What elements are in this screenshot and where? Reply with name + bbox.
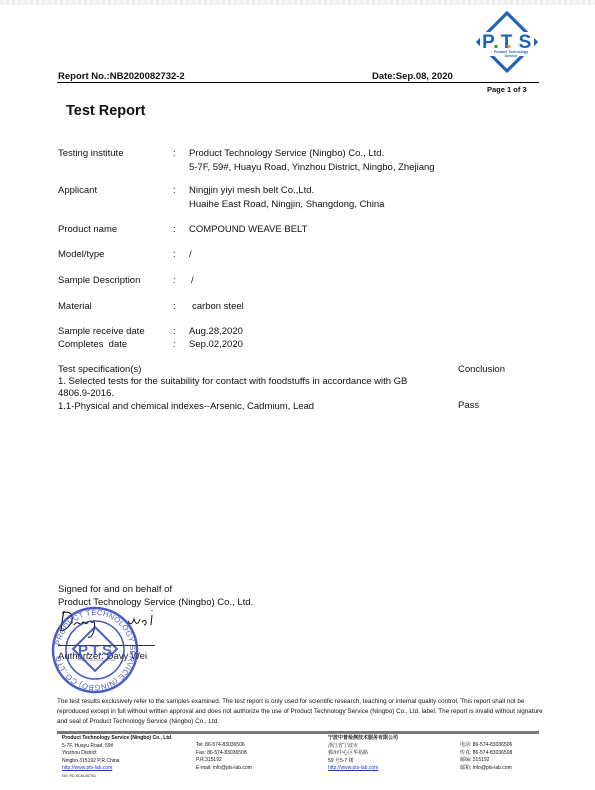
signoff-line: Signed for and on behalf of	[58, 583, 253, 596]
spec-heading: Test specification(s)	[58, 364, 141, 376]
field-value: Product Technology Service (Ningbo) Co.,…	[189, 147, 435, 175]
field-value-line: Product Technology Service (Ningbo) Co.,…	[189, 147, 435, 161]
spec-line: 1. Selected tests for the suitability fo…	[58, 376, 407, 388]
header-divider	[57, 82, 539, 83]
footer-email-cn[interactable]: 邮箱: info@pts-lab.com	[460, 765, 512, 771]
field-value: Sep.02,2020	[189, 338, 243, 352]
pts-logo-icon: P T S Product Technology Service	[474, 10, 540, 76]
field-colon: :	[173, 223, 176, 237]
footer-postal: P.R.315192	[196, 757, 252, 765]
field-value-line: Ningjin yiyi mesh belt Co.,Ltd.	[189, 184, 384, 198]
svg-text:Product Technology Service: Product Technology Service	[78, 658, 115, 662]
field-value: Aug.28,2020	[189, 325, 243, 339]
field-label: Applicant	[58, 184, 97, 198]
footer-website-link-en[interactable]: http://www.pts-lab.com	[62, 765, 112, 771]
spec-item-result: Pass	[458, 400, 479, 412]
company-seal-stamp: PRODUCT TECHNOLOGY SERVICE (NINGBO) CO.,…	[50, 605, 140, 695]
field-colon: :	[173, 325, 176, 339]
field-value: /	[191, 274, 194, 288]
field-colon: :	[173, 300, 176, 314]
spec-item: 1.1-Physical and chemical indexes--Arsen…	[58, 401, 314, 413]
footer-doc-number: NO: RD-SCM-007/01	[62, 773, 172, 781]
footer-addr-line: Yinzhou District	[62, 750, 172, 758]
field-colon: :	[173, 274, 176, 288]
page-title: Test Report	[66, 103, 146, 119]
field-value-line: Huaihe East Road, Ningjin, Shangdong, Ch…	[189, 198, 384, 212]
field-value: carbon steel	[192, 300, 244, 314]
footer-addr-line: Ningbo 315192 P.R.China	[62, 758, 172, 766]
footer-tel-cn: 电话: 86-574-83036506	[460, 742, 512, 750]
field-value: Ningjin yiyi mesh belt Co.,Ltd. Huaihe E…	[189, 184, 384, 212]
page-top-edge	[0, 0, 595, 5]
footer-company-cn: 宁波中普检测技术服务有限公司	[328, 735, 398, 743]
field-label: Product name	[58, 223, 117, 237]
footer-en-contact: Tel: 86-574-83036506 Fax: 86-574-8303650…	[196, 742, 252, 772]
footer-website-link-cn[interactable]: http://www.pts-lab.com	[328, 765, 378, 771]
report-number: Report No.:NB2020082732-2	[58, 71, 185, 82]
field-colon: :	[173, 184, 176, 198]
field-value: /	[189, 248, 192, 262]
disclaimer-text: The test results exclusively refer to th…	[57, 697, 544, 727]
footer-tel: Tel: 86-574-83036506	[196, 742, 252, 750]
spec-line: 4806.9-2016.	[58, 388, 114, 400]
conclusion-heading: Conclusion	[458, 364, 505, 376]
field-value: COMPOUND WEAVE BELT	[189, 223, 307, 237]
footer-en-address: Product Technology Service (Ningbo) Co.,…	[62, 735, 172, 780]
footer-addr-line: 鄞州中心区华裕路	[328, 750, 398, 758]
field-colon: :	[173, 338, 176, 352]
report-date: Date:Sep.08, 2020	[372, 71, 453, 82]
svg-text:P.T.S: P.T.S	[78, 642, 112, 659]
footer-divider	[57, 731, 539, 734]
footer-cn-contact: 电话: 86-574-83036506 传真: 86-574-83036508 …	[460, 742, 512, 772]
field-value-line: 5-7F, 59#, Huayu Road, Yinzhou District,…	[189, 161, 435, 175]
footer-email[interactable]: E-mail: info@pts-lab.com	[196, 765, 252, 771]
footer-fax: Fax: 86-574-83036508	[196, 750, 252, 758]
footer-company-en: Product Technology Service (Ningbo) Co.,…	[62, 735, 172, 743]
svg-text:Service: Service	[505, 54, 518, 58]
footer-addr-line: 5-7F, Huayu Road, 59#	[62, 743, 172, 751]
field-label: Testing institute	[58, 147, 123, 161]
footer-cn-address: 宁波中普检测技术服务有限公司 浙江省宁波市 鄞州中心区华裕路 59 号5-7 楼…	[328, 735, 398, 773]
field-label: Material	[58, 300, 92, 314]
field-colon: :	[173, 147, 176, 161]
page-number: Page 1 of 3	[487, 85, 527, 94]
footer-fax-cn: 传真: 86-574-83036508	[460, 750, 512, 758]
field-label: Sample Description	[58, 274, 140, 288]
field-label: Sample receive date	[58, 325, 145, 339]
footer-postal-cn: 邮编: 315192	[460, 757, 512, 765]
footer-addr-line: 59 号5-7 楼	[328, 758, 398, 766]
field-label: Completes date	[58, 338, 127, 352]
field-colon: :	[173, 248, 176, 262]
field-label: Model/type	[58, 248, 104, 262]
footer-addr-line: 浙江省宁波市	[328, 743, 398, 751]
